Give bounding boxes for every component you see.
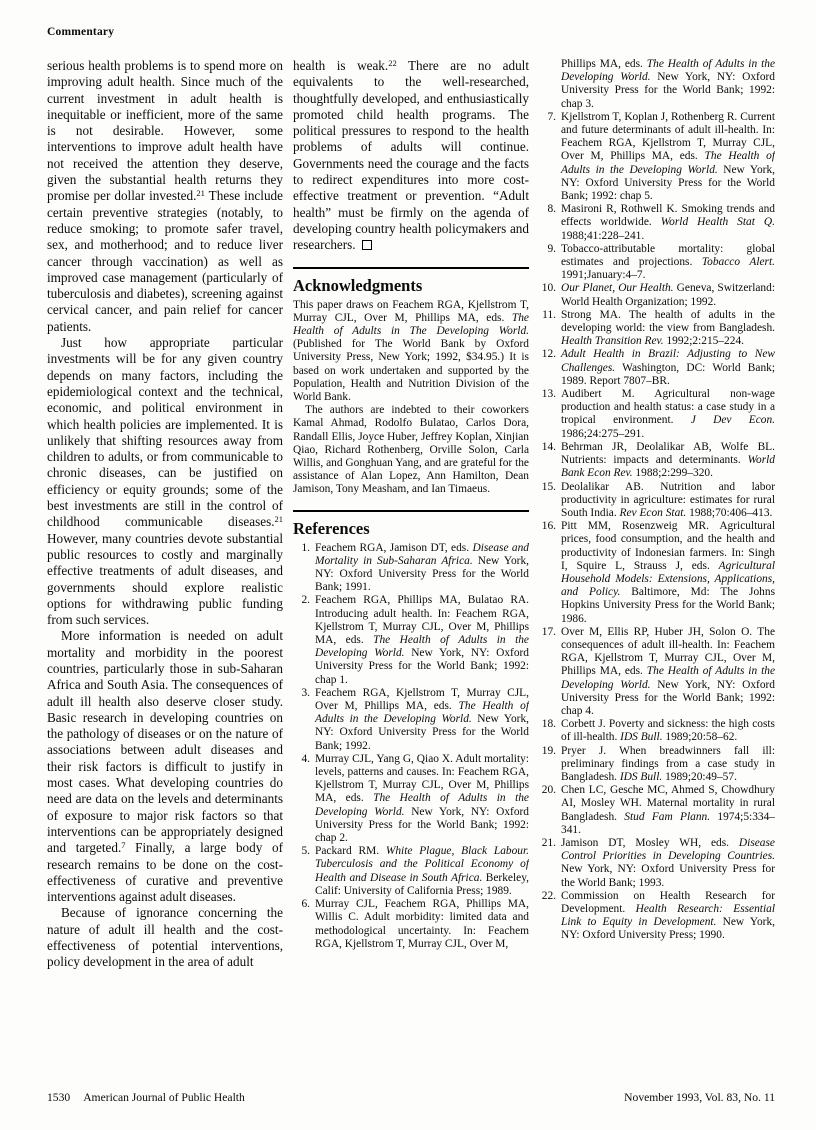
reference-item: 11.Strong MA. The health of adults in th… bbox=[539, 309, 775, 349]
references-list-col3: 7.Kjellstrom T, Koplan J, Rothenberg R. … bbox=[539, 111, 775, 943]
reference-number: 15. bbox=[539, 481, 556, 521]
reference-item: 12.Adult Health in Brazil: Adjusting to … bbox=[539, 348, 775, 388]
column-1: serious health problems is to spend more… bbox=[47, 58, 283, 1033]
reference-item: 6.Murray CJL, Feachem RGA, Phillips MA, … bbox=[293, 898, 529, 951]
reference-number: 3. bbox=[293, 687, 310, 753]
reference-item: 15.Deolalikar AB. Nutrition and labor pr… bbox=[539, 481, 775, 521]
section-divider bbox=[293, 510, 529, 512]
reference-text: Murray CJL, Feachem RGA, Phillips MA, Wi… bbox=[315, 898, 529, 951]
reference-number: 12. bbox=[539, 348, 556, 388]
reference-number: 18. bbox=[539, 718, 556, 744]
text-run: This paper draws on Feachem RGA, Kjellst… bbox=[293, 299, 529, 324]
reference-item: 21.Jamison DT, Mosley WH, eds. Disease C… bbox=[539, 837, 775, 890]
body-paragraph: Just how appropriate particular investme… bbox=[47, 335, 283, 628]
text-run: 1988;70:406–413. bbox=[686, 507, 772, 519]
reference-item: 1.Feachem RGA, Jamison DT, eds. Disease … bbox=[293, 542, 529, 595]
text-run: Just how appropriate particular investme… bbox=[47, 335, 283, 529]
text-run: 1986;24:275–291. bbox=[561, 428, 644, 440]
reference-number: 8. bbox=[539, 203, 556, 243]
text-run: 1989;20:58–62. bbox=[663, 731, 738, 743]
reference-number: 19. bbox=[539, 745, 556, 785]
reference-item: 19.Pryer J. When breadwinners fall ill: … bbox=[539, 745, 775, 785]
text-run: health is weak. bbox=[293, 58, 388, 73]
italic-text: IDS Bull. bbox=[620, 731, 662, 743]
reference-item: 14.Behrman JR, Deolalikar AB, Wolfe BL. … bbox=[539, 441, 775, 481]
reference-item: 4.Murray CJL, Yang G, Qiao X. Adult mort… bbox=[293, 753, 529, 845]
text-run: Murray CJL, Feachem RGA, Phillips MA, Wi… bbox=[315, 898, 529, 950]
reference-item: 7.Kjellstrom T, Koplan J, Rothenberg R. … bbox=[539, 111, 775, 203]
reference-number: 5. bbox=[293, 845, 310, 898]
reference-item: 17.Over M, Ellis RP, Huber JH, Solon O. … bbox=[539, 626, 775, 718]
text-run: However, many countries devote substanti… bbox=[47, 531, 283, 627]
page-footer: 1530American Journal of Public Health No… bbox=[47, 1091, 775, 1104]
reference-text: Behrman JR, Deolalikar AB, Wolfe BL. Nut… bbox=[561, 441, 775, 481]
reference-text: Pitt MM, Rosenzweig MR. Agricultural pri… bbox=[561, 520, 775, 626]
footer-journal-name: American Journal of Public Health bbox=[83, 1091, 245, 1104]
text-run: More information is needed on adult mort… bbox=[47, 628, 283, 855]
reference-text: Adult Health in Brazil: Adjusting to New… bbox=[561, 348, 775, 388]
reference-text: Corbett J. Poverty and sickness: the hig… bbox=[561, 718, 775, 744]
body-paragraph: serious health problems is to spend more… bbox=[47, 58, 283, 335]
text-run: Behrman JR, Deolalikar AB, Wolfe BL. Nut… bbox=[561, 441, 775, 466]
section-label: Commentary bbox=[47, 26, 114, 38]
reference-number: 6. bbox=[293, 898, 310, 951]
reference-text: Deolalikar AB. Nutrition and labor produ… bbox=[561, 481, 775, 521]
text-run: 1989;20:49–57. bbox=[662, 771, 737, 783]
article-end-box-icon bbox=[362, 240, 372, 250]
reference-number: 13. bbox=[539, 388, 556, 441]
reference-text: Packard RM. White Plague, Black Labour. … bbox=[315, 845, 529, 898]
text-run: Packard RM. bbox=[315, 845, 386, 857]
reference-number: 20. bbox=[539, 784, 556, 837]
reference-text: Strong MA. The health of adults in the d… bbox=[561, 309, 775, 349]
text-run: Jamison DT, Mosley WH, eds. bbox=[561, 837, 739, 849]
reference-item: 20.Chen LC, Gesche MC, Ahmed S, Chowdhur… bbox=[539, 784, 775, 837]
article-columns: serious health problems is to spend more… bbox=[47, 58, 775, 1033]
text-run: 1991;January:4–7. bbox=[561, 269, 645, 281]
references-heading: References bbox=[293, 519, 529, 538]
reference-number: 14. bbox=[539, 441, 556, 481]
italic-text: Health Transition Rev. bbox=[561, 335, 664, 347]
body-paragraph: More information is needed on adult mort… bbox=[47, 628, 283, 905]
reference-text: Our Planet, Our Health. Geneva, Switzerl… bbox=[561, 282, 775, 308]
reference-item: 22.Commission on Health Research for Dev… bbox=[539, 890, 775, 943]
text-run: There are no adult equivalents to the we… bbox=[293, 58, 529, 252]
text-run: Strong MA. The health of adults in the d… bbox=[561, 309, 775, 334]
reference-text: Feachem RGA, Phillips MA, Bulatao RA. In… bbox=[315, 594, 529, 686]
text-run: These include certain preventive strateg… bbox=[47, 188, 283, 333]
italic-text: IDS Bull. bbox=[620, 771, 662, 783]
reference-item: 2.Feachem RGA, Phillips MA, Bulatao RA. … bbox=[293, 594, 529, 686]
reference-number: 22. bbox=[539, 890, 556, 943]
journal-page: Commentary serious health problems is to… bbox=[0, 0, 816, 1130]
reference-text: Feachem RGA, Kjellstrom T, Murray CJL, O… bbox=[315, 687, 529, 753]
reference-text: Masironi R, Rothwell K. Smoking trends a… bbox=[561, 203, 775, 243]
text-run: Because of ignorance concerning the natu… bbox=[47, 905, 283, 969]
reference-item: 16.Pitt MM, Rosenzweig MR. Agricultural … bbox=[539, 520, 775, 626]
text-run: 1988;41:228–241. bbox=[561, 230, 644, 242]
reference-continuation: Phillips MA, eds. The Health of Adults i… bbox=[561, 58, 775, 111]
reference-text: Chen LC, Gesche MC, Ahmed S, Chowdhury A… bbox=[561, 784, 775, 837]
text-run: 1992;2:215–224. bbox=[664, 335, 744, 347]
text-run: Feachem RGA, Jamison DT, eds. bbox=[315, 542, 472, 554]
reference-text: Kjellstrom T, Koplan J, Rothenberg R. Cu… bbox=[561, 111, 775, 203]
reference-text: Jamison DT, Mosley WH, eds. Disease Cont… bbox=[561, 837, 775, 890]
reference-item: 9.Tobacco-attributable mortality: global… bbox=[539, 243, 775, 283]
body-paragraph-continuation: health is weak.22 There are no adult equ… bbox=[293, 58, 529, 254]
reference-number: 11. bbox=[539, 309, 556, 349]
citation-superscript: 22 bbox=[388, 58, 397, 68]
column-3: Phillips MA, eds. The Health of Adults i… bbox=[539, 58, 775, 1033]
citation-superscript: 21 bbox=[275, 514, 284, 524]
reference-number: 9. bbox=[539, 243, 556, 283]
reference-number: 21. bbox=[539, 837, 556, 890]
footer-page-number: 1530 bbox=[47, 1091, 70, 1104]
reference-number: 16. bbox=[539, 520, 556, 626]
reference-item: 3.Feachem RGA, Kjellstrom T, Murray CJL,… bbox=[293, 687, 529, 753]
reference-text: Pryer J. When breadwinners fall ill: pre… bbox=[561, 745, 775, 785]
text-run: New York, NY: Oxford University Press fo… bbox=[561, 863, 775, 888]
acknowledgments-paragraph: The authors are indebted to their cowork… bbox=[293, 404, 529, 496]
footer-left: 1530American Journal of Public Health bbox=[47, 1091, 245, 1104]
italic-text: Tobacco Alert. bbox=[702, 256, 775, 268]
reference-text: Audibert M. Agricultural non-wage produc… bbox=[561, 388, 775, 441]
reference-text: Murray CJL, Yang G, Qiao X. Adult mortal… bbox=[315, 753, 529, 845]
reference-text: Feachem RGA, Jamison DT, eds. Disease an… bbox=[315, 542, 529, 595]
reference-number: 1. bbox=[293, 542, 310, 595]
reference-number: 10. bbox=[539, 282, 556, 308]
text-run: Phillips MA, eds. bbox=[561, 58, 647, 70]
reference-item: 8.Masironi R, Rothwell K. Smoking trends… bbox=[539, 203, 775, 243]
text-run: (Published for The World Bank by Oxford … bbox=[293, 338, 529, 403]
footer-issue-info: November 1993, Vol. 83, No. 11 bbox=[624, 1091, 775, 1104]
reference-number: 17. bbox=[539, 626, 556, 718]
running-head: Commentary bbox=[47, 26, 775, 39]
column-2: health is weak.22 There are no adult equ… bbox=[293, 58, 529, 1033]
reference-item: 5.Packard RM. White Plague, Black Labour… bbox=[293, 845, 529, 898]
italic-text: Our Planet, Our Health. bbox=[561, 282, 674, 294]
citation-superscript: 21 bbox=[196, 188, 205, 198]
reference-text: Commission on Health Research for Develo… bbox=[561, 890, 775, 943]
body-paragraph: Because of ignorance concerning the natu… bbox=[47, 905, 283, 970]
reference-item: 18.Corbett J. Poverty and sickness: the … bbox=[539, 718, 775, 744]
reference-text: Tobacco-attributable mortality: global e… bbox=[561, 243, 775, 283]
text-run: The authors are indebted to their cowork… bbox=[293, 404, 529, 495]
reference-item: 10.Our Planet, Our Health. Geneva, Switz… bbox=[539, 282, 775, 308]
text-run: serious health problems is to spend more… bbox=[47, 58, 283, 203]
reference-text: Over M, Ellis RP, Huber JH, Solon O. The… bbox=[561, 626, 775, 718]
reference-item: 13.Audibert M. Agricultural non-wage pro… bbox=[539, 388, 775, 441]
reference-number: 7. bbox=[539, 111, 556, 203]
italic-text: J Dev Econ. bbox=[691, 414, 775, 426]
references-list-col2: 1.Feachem RGA, Jamison DT, eds. Disease … bbox=[293, 542, 529, 951]
acknowledgments-paragraph: This paper draws on Feachem RGA, Kjellst… bbox=[293, 299, 529, 405]
italic-text: Stud Fam Plann. bbox=[624, 811, 710, 823]
acknowledgments-heading: Acknowledgments bbox=[293, 276, 529, 295]
reference-number: 2. bbox=[293, 594, 310, 686]
text-run: 1988;2:299–320. bbox=[633, 467, 713, 479]
section-divider bbox=[293, 267, 529, 269]
italic-text: Rev Econ Stat. bbox=[620, 507, 687, 519]
reference-number: 4. bbox=[293, 753, 310, 845]
italic-text: World Health Stat Q. bbox=[661, 216, 775, 228]
